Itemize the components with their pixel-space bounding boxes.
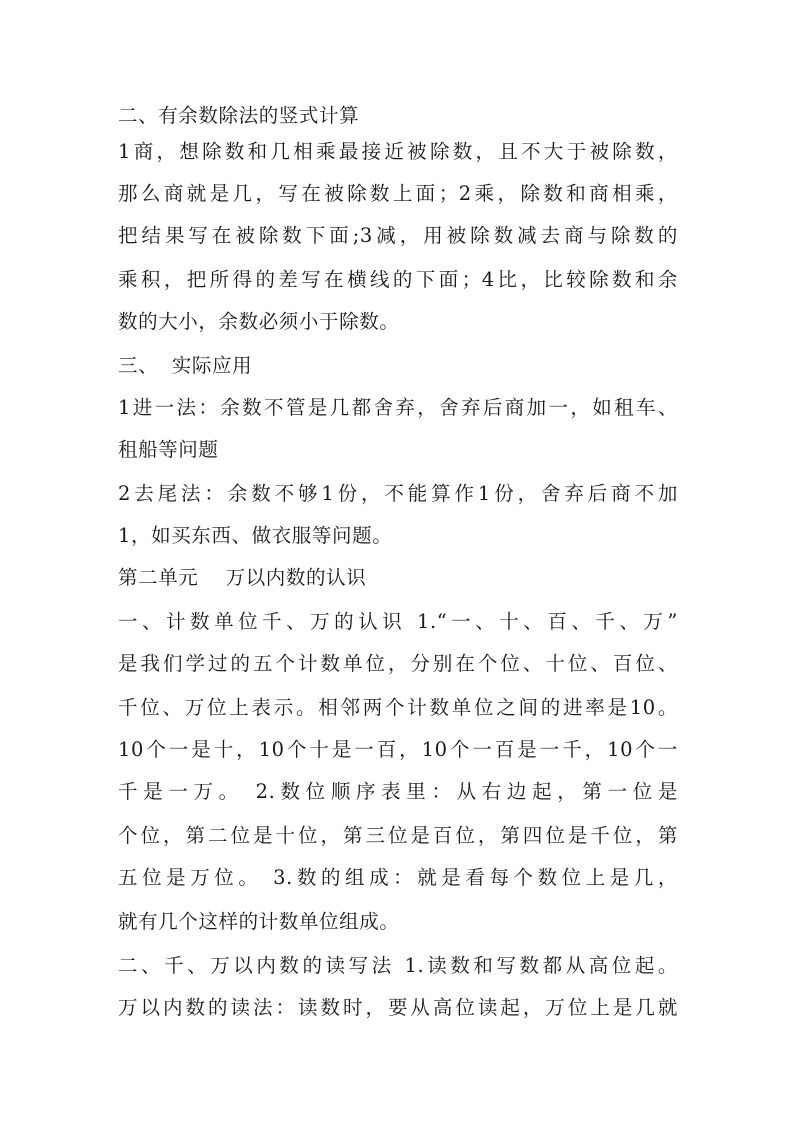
text-line: 二、有余数除法的竖式计算 [118,104,678,128]
text-line: 千位、万位上表示。相邻两个计数单位之间的进率是10。 [118,696,678,720]
document-page: 二、有余数除法的竖式计算1商，想除数和几相乘最接近被除数，且不大于被除数，那么商… [0,0,793,1122]
text-line: 三、 实际应用 [118,354,678,378]
text-line: 数的大小，余数必须小于除数。 [118,310,678,334]
text-line: 乘积，把所得的差写在横线的下面；4比，比较除数和余 [118,268,678,292]
text-line: 10个一是十，10个十是一百，10个一百是一千，10个一 [118,738,678,762]
text-line: 1商，想除数和几相乘最接近被除数，且不大于被除数， [118,140,678,164]
text-line: 千是一万。 2.数位顺序表里：从右边起，第一位是 [118,780,678,804]
text-line: 是我们学过的五个计数单位，分别在个位、十位、百位、 [118,652,678,676]
text-line: 1，如买东西、做衣服等问题。 [118,524,678,548]
text-line: 1进一法：余数不管是几都舍弃，舍弃后商加一，如租车、 [118,396,678,420]
text-line: 把结果写在被除数下面;3减，用被除数减去商与除数的 [118,224,678,248]
text-line: 个位，第二位是十位，第三位是百位，第四位是千位，第 [118,824,678,848]
text-line: 就有几个这样的计数单位组成。 [118,910,678,934]
text-line: 二、千、万以内数的读写法 1.读数和写数都从高位起。 [118,954,678,978]
text-line: 那么商就是几，写在被除数上面；2乘，除数和商相乘， [118,182,678,206]
text-line: 第二单元 万以内数的认识 [118,566,678,590]
text-line: 2去尾法：余数不够1份，不能算作1份，舍弃后商不加 [118,482,678,506]
text-line: 租船等问题 [118,438,678,462]
text-line: 一、计数单位千、万的认识 1.“一、十、百、千、万” [118,610,678,634]
text-line: 万以内数的读法：读数时，要从高位读起，万位上是几就 [118,996,678,1020]
text-line: 五位是万位。 3.数的组成：就是看每个数位上是几， [118,866,678,890]
